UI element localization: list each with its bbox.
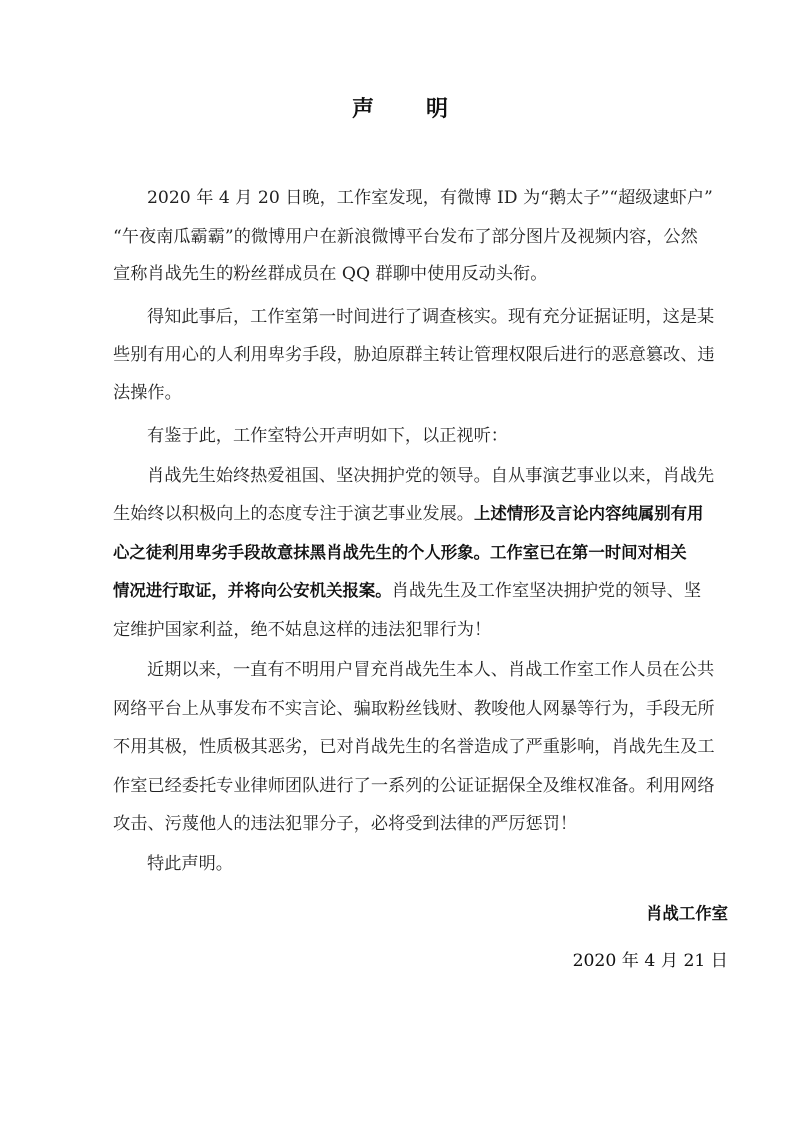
- paragraph-3-line-1: 有鉴于此，工作室特公开声明如下，以正视听：: [147, 424, 713, 448]
- paragraph-5-line-1: 近期以来，一直有不明用户冒充肖战先生本人、肖战工作室工作人员在公共: [147, 658, 713, 682]
- text-run: 近期以来，一直有不明用户冒充肖战先生本人、肖战工作室工作人员在公共: [147, 660, 714, 680]
- statement-page: 声明 2020 年 4 月 20 日晚，工作室发现，有微博 ID 为“鹅太子”“…: [0, 0, 800, 1131]
- paragraph-1-line-2: “午夜南瓜霸霸”的微博用户在新浪微博平台发布了部分图片及视频内容，公然: [113, 225, 713, 249]
- text-run: 有鉴于此，工作室特公开声明如下，以正视听：: [147, 426, 508, 446]
- text-run: 肖战先生及工作室坚决拥护党的领导、坚: [392, 581, 701, 601]
- text-run: “午夜南瓜霸霸”的微博用户在新浪微博平台发布了部分图片及视频内容，公然: [113, 227, 698, 247]
- text-run: 定维护国家利益，绝不姑息这样的违法犯罪行为！: [113, 620, 491, 640]
- text-run: 2020 年 4 月 20 日晚，工作室发现，有微博 ID 为“鹅太子”“超级逮…: [147, 188, 713, 208]
- paragraph-2-line-1: 得知此事后，工作室第一时间进行了调查核实。现有充分证据证明，这是某: [147, 305, 713, 329]
- paragraph-2-line-3: 法操作。: [113, 381, 713, 405]
- paragraph-2-line-2: 些别有用心的人利用卑劣手段，胁迫原群主转让管理权限后进行的恶意篡改、违: [113, 343, 713, 367]
- paragraph-4-line-5: 定维护国家利益，绝不姑息这样的违法犯罪行为！: [113, 618, 713, 642]
- paragraph-4-line-2: 生始终以积极向上的态度专注于演艺事业发展。上述情形及言论内容纯属别有用: [113, 502, 713, 526]
- paragraph-4-line-1: 肖战先生始终热爱祖国、坚决拥护党的领导。自从事演艺事业以来，肖战先: [147, 464, 713, 488]
- text-run: 得知此事后，工作室第一时间进行了调查核实。现有充分证据证明，这是某: [147, 307, 714, 327]
- signature-issuer: 肖战工作室: [646, 900, 728, 924]
- text-run: 不用其极，性质极其恶劣，已对肖战先生的名誉造成了严重影响，肖战先生及工: [113, 737, 715, 757]
- text-run: 攻击、污蔑他人的违法犯罪分子，必将受到法律的严厉惩罚！: [113, 814, 577, 834]
- closing-line: 特此声明。: [147, 852, 713, 876]
- text-run: 特此声明。: [147, 854, 233, 874]
- text-run: 网络平台上从事发布不实言论、骗取粉丝钱财、教唆他人网暴等行为，手段无所: [113, 699, 715, 719]
- paragraph-5-line-2: 网络平台上从事发布不实言论、骗取粉丝钱财、教唆他人网暴等行为，手段无所: [113, 697, 713, 721]
- text-run: 法操作。: [113, 383, 182, 403]
- bold-text-run: 情况进行取证，并将向公安机关报案。: [113, 581, 392, 600]
- signature-date: 2020 年 4 月 21 日: [573, 946, 728, 971]
- document-title: 声明: [0, 92, 800, 123]
- text-run: 肖战先生始终热爱祖国、坚决拥护党的领导。自从事演艺事业以来，肖战先: [147, 466, 714, 486]
- paragraph-4-line-3: 心之徒利用卑劣手段故意抹黑肖战先生的个人形象。工作室已在第一时间对相关: [113, 541, 713, 565]
- bold-text-run: 心之徒利用卑劣手段故意抹黑肖战先生的个人形象。工作室已在第一时间对相关: [113, 543, 687, 562]
- bold-text-run: 上述情形及言论内容纯属别有用: [474, 504, 703, 523]
- text-run: 宣称肖战先生的粉丝群成员在 QQ 群聊中使用反动头衔。: [113, 264, 547, 284]
- paragraph-5-line-3: 不用其极，性质极其恶劣，已对肖战先生的名誉造成了严重影响，肖战先生及工: [113, 735, 713, 759]
- paragraph-4-line-4: 情况进行取证，并将向公安机关报案。肖战先生及工作室坚决拥护党的领导、坚: [113, 579, 713, 603]
- paragraph-5-line-4: 作室已经委托专业律师团队进行了一系列的公证证据保全及维权准备。利用网络: [113, 774, 713, 798]
- paragraph-1-line-3: 宣称肖战先生的粉丝群成员在 QQ 群聊中使用反动头衔。: [113, 262, 713, 286]
- text-run: 生始终以积极向上的态度专注于演艺事业发展。: [113, 504, 474, 524]
- text-run: 些别有用心的人利用卑劣手段，胁迫原群主转让管理权限后进行的恶意篡改、违: [113, 345, 715, 365]
- paragraph-1-line-1: 2020 年 4 月 20 日晚，工作室发现，有微博 ID 为“鹅太子”“超级逮…: [147, 186, 713, 210]
- paragraph-5-line-5: 攻击、污蔑他人的违法犯罪分子，必将受到法律的严厉惩罚！: [113, 812, 713, 836]
- text-run: 作室已经委托专业律师团队进行了一系列的公证证据保全及维权准备。利用网络: [113, 776, 715, 796]
